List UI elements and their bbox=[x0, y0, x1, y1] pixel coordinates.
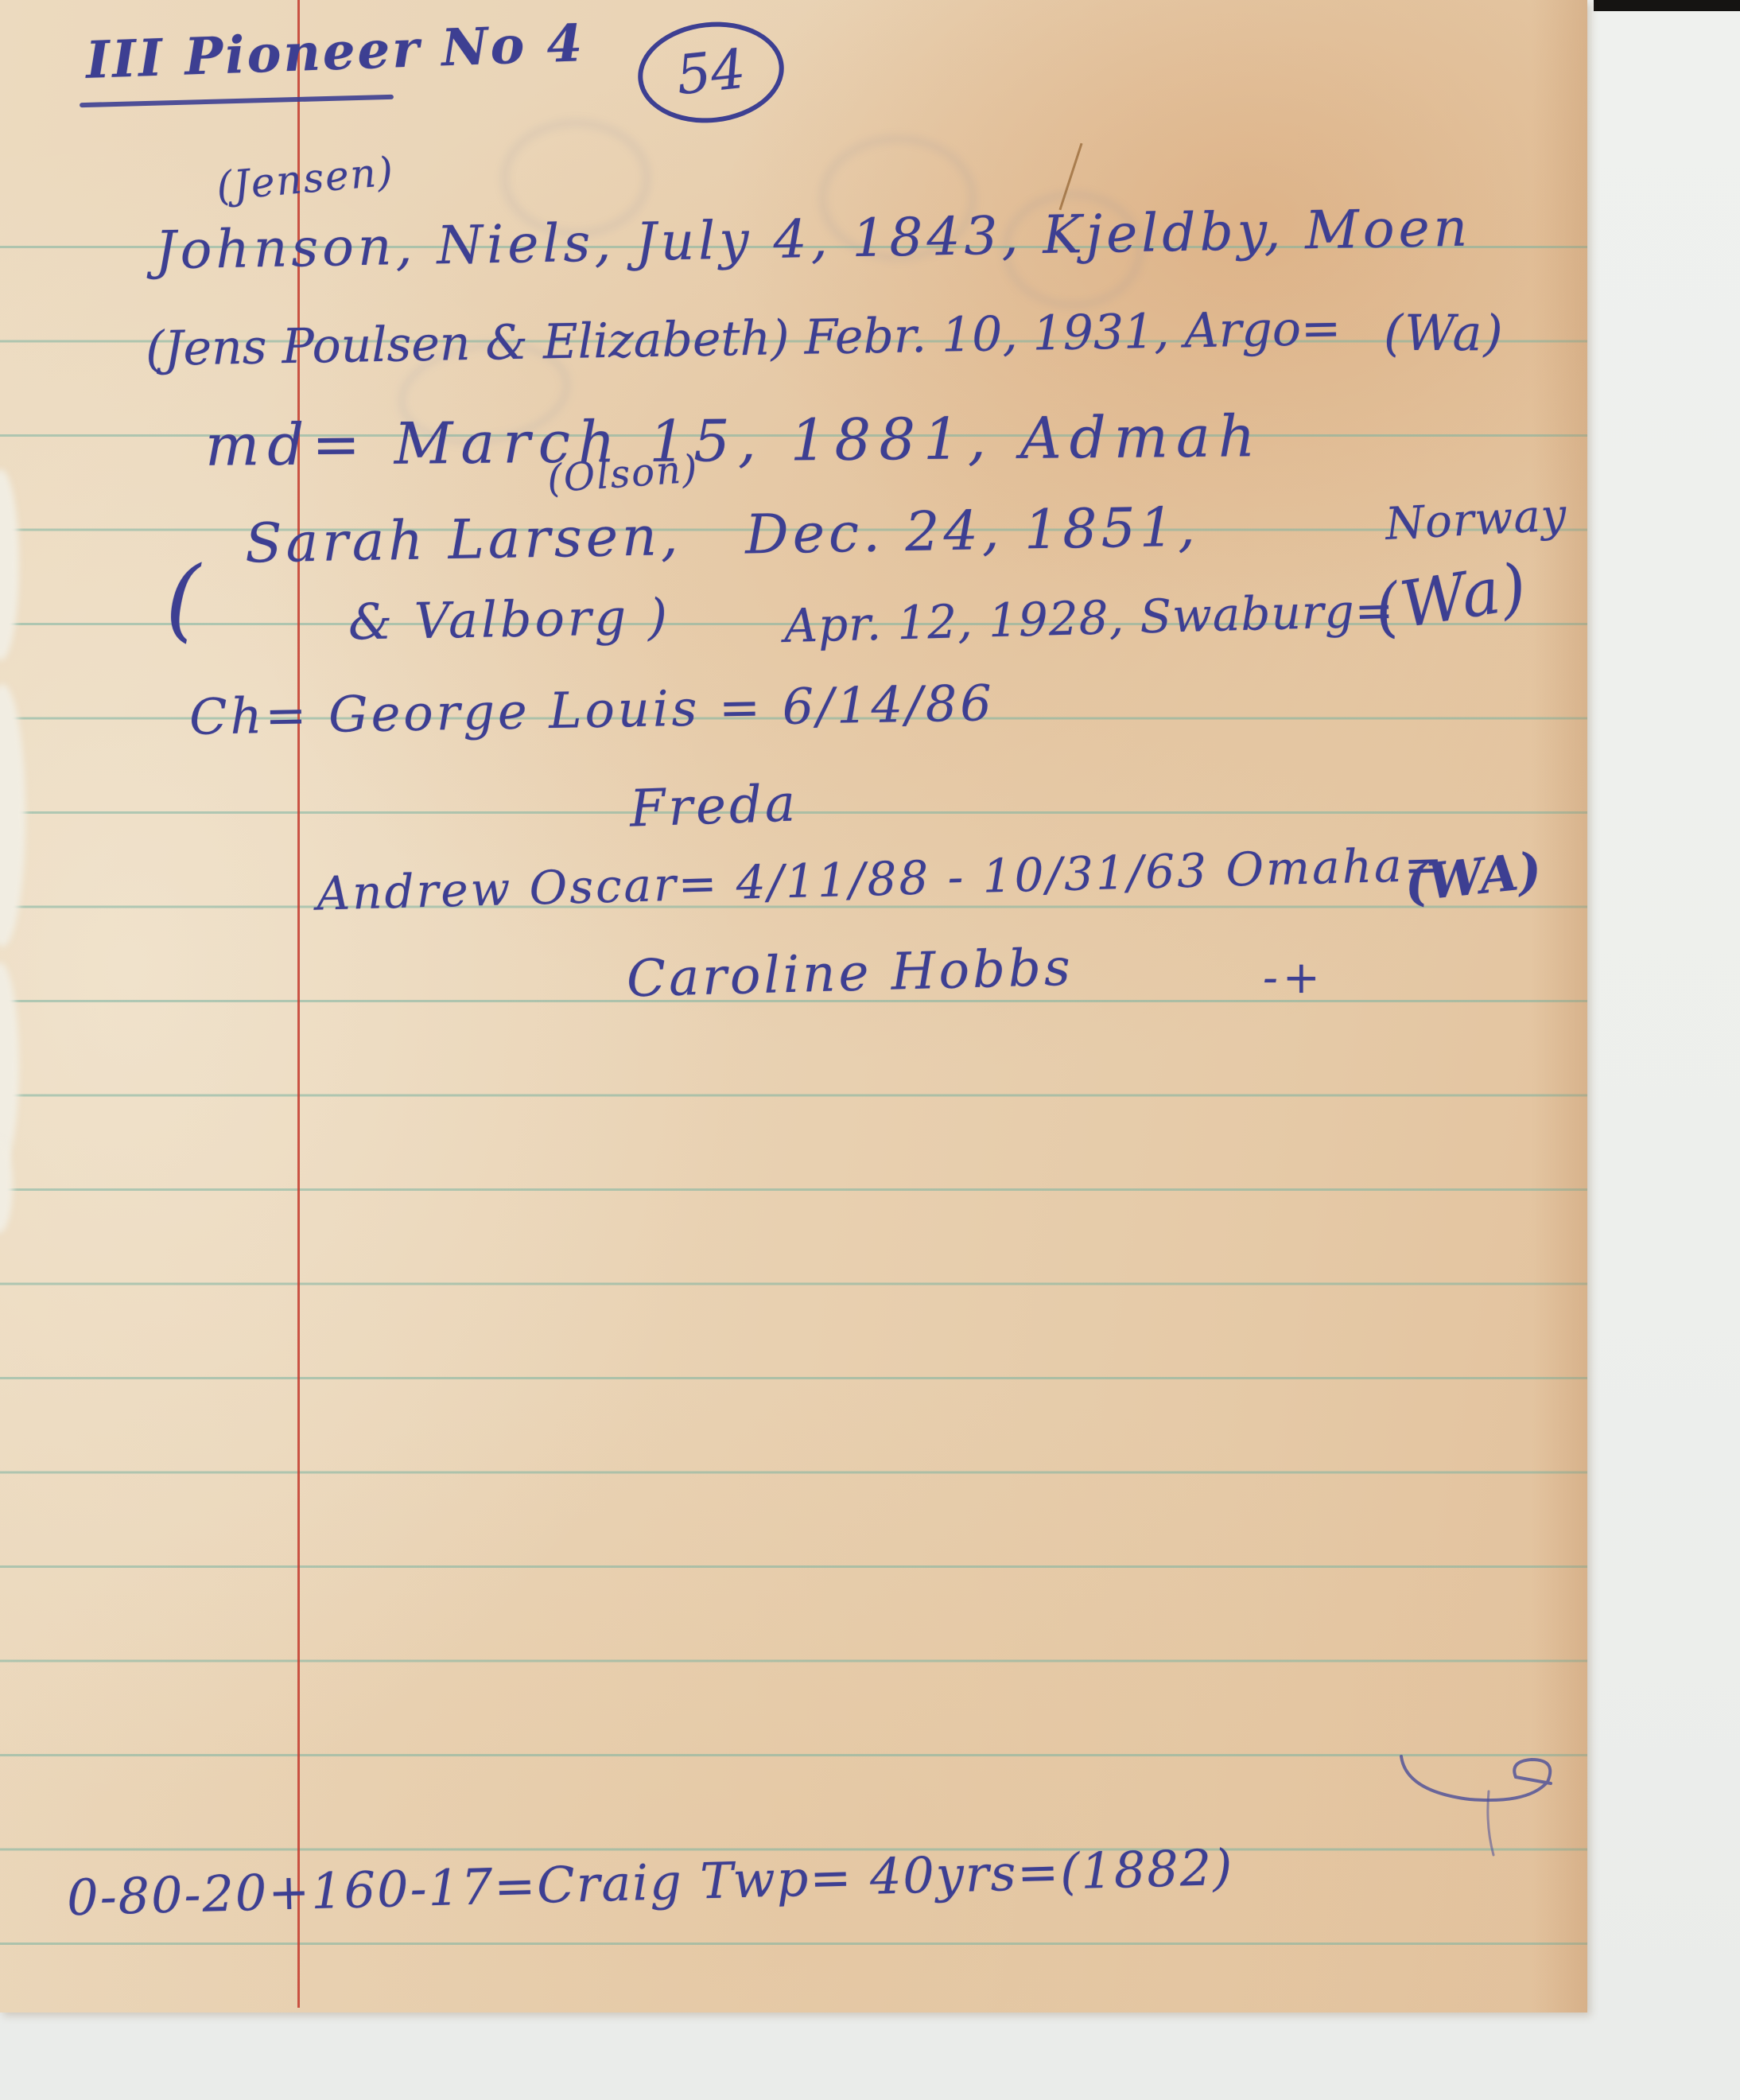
children-first-child-line: Ch= George Louis = 6/14/86 bbox=[189, 679, 996, 742]
ruled-lines bbox=[0, 246, 1587, 1948]
red-margin-line bbox=[297, 0, 300, 2008]
scan-edge-artifact bbox=[1594, 0, 1740, 11]
wife-birthplace: Norway bbox=[1385, 493, 1568, 547]
father-state-note: (Wa) bbox=[1384, 309, 1505, 358]
plus-minus-note: -+ bbox=[1263, 956, 1325, 1001]
open-parenthesis: ( bbox=[165, 555, 200, 644]
notebook-paper bbox=[0, 0, 1587, 2012]
wife-parent-name: & Valborg ) bbox=[348, 592, 670, 647]
wife-alias-surname: (Olson) bbox=[546, 449, 700, 498]
child-andrew-spouse: Caroline Hobbs bbox=[626, 943, 1074, 1005]
paper-edge-shading bbox=[1532, 0, 1587, 2012]
wife-name-birth-line: Sarah Larsen, Dec. 24, 1851, bbox=[244, 501, 1199, 572]
marriage-line: md= March 15, 1881, Admah bbox=[205, 407, 1264, 474]
scanned-notebook-page: III Pioneer No 4 54 (Jensen) Johnson, Ni… bbox=[0, 0, 1740, 2100]
child-andrew-state-note: (WA) bbox=[1402, 846, 1544, 909]
child-freda: Freda bbox=[629, 778, 799, 834]
